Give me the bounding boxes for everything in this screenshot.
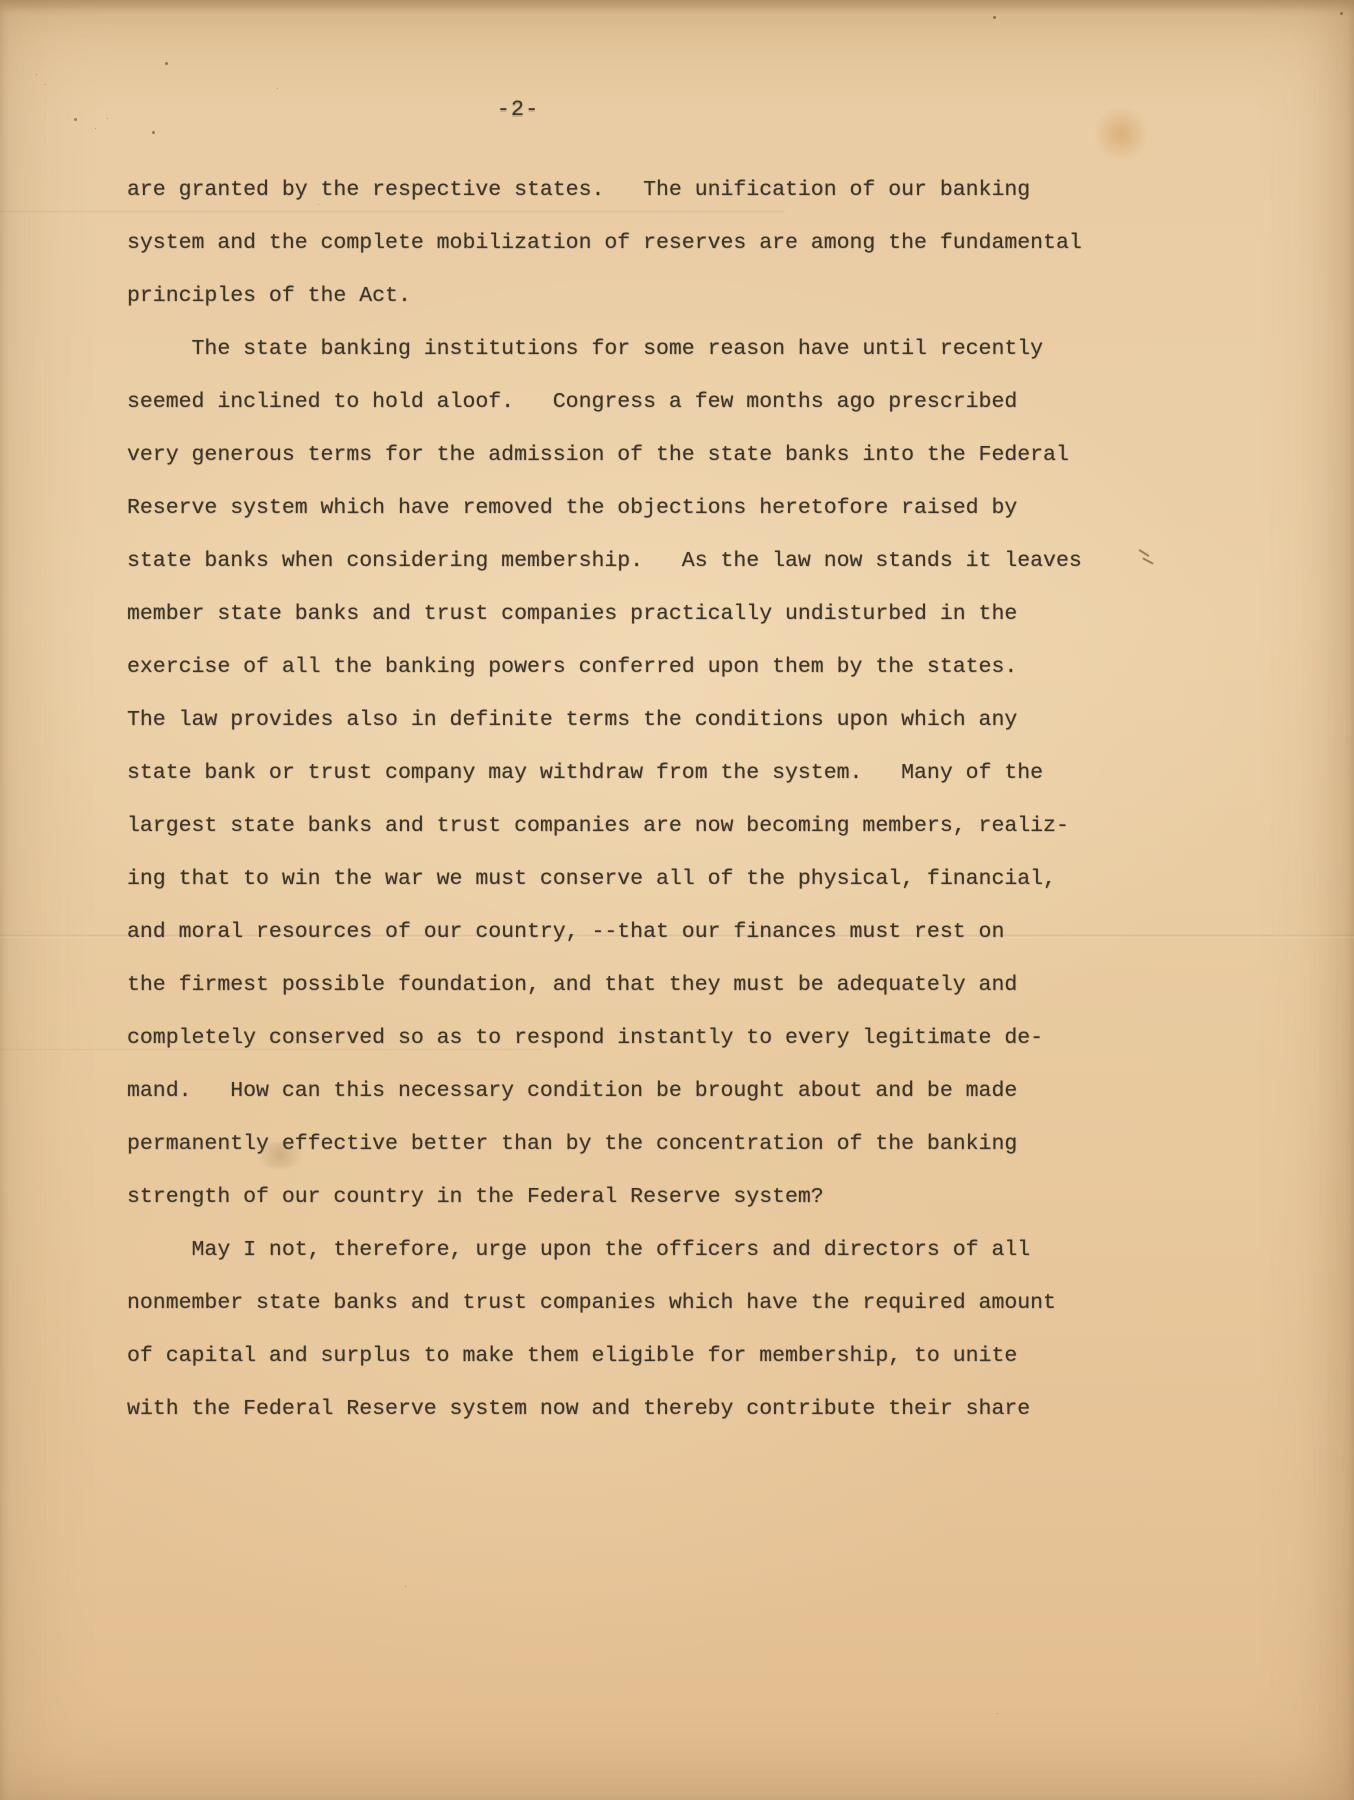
paper-specks <box>0 0 3 3</box>
rust-stain <box>1092 108 1150 160</box>
typewritten-text: are granted by the respective states. Th… <box>127 164 1137 1436</box>
pen-check-marks <box>1138 552 1154 562</box>
scanned-page: -2- are granted by the respective states… <box>0 0 1354 1800</box>
page-number: -2- <box>0 97 1036 122</box>
